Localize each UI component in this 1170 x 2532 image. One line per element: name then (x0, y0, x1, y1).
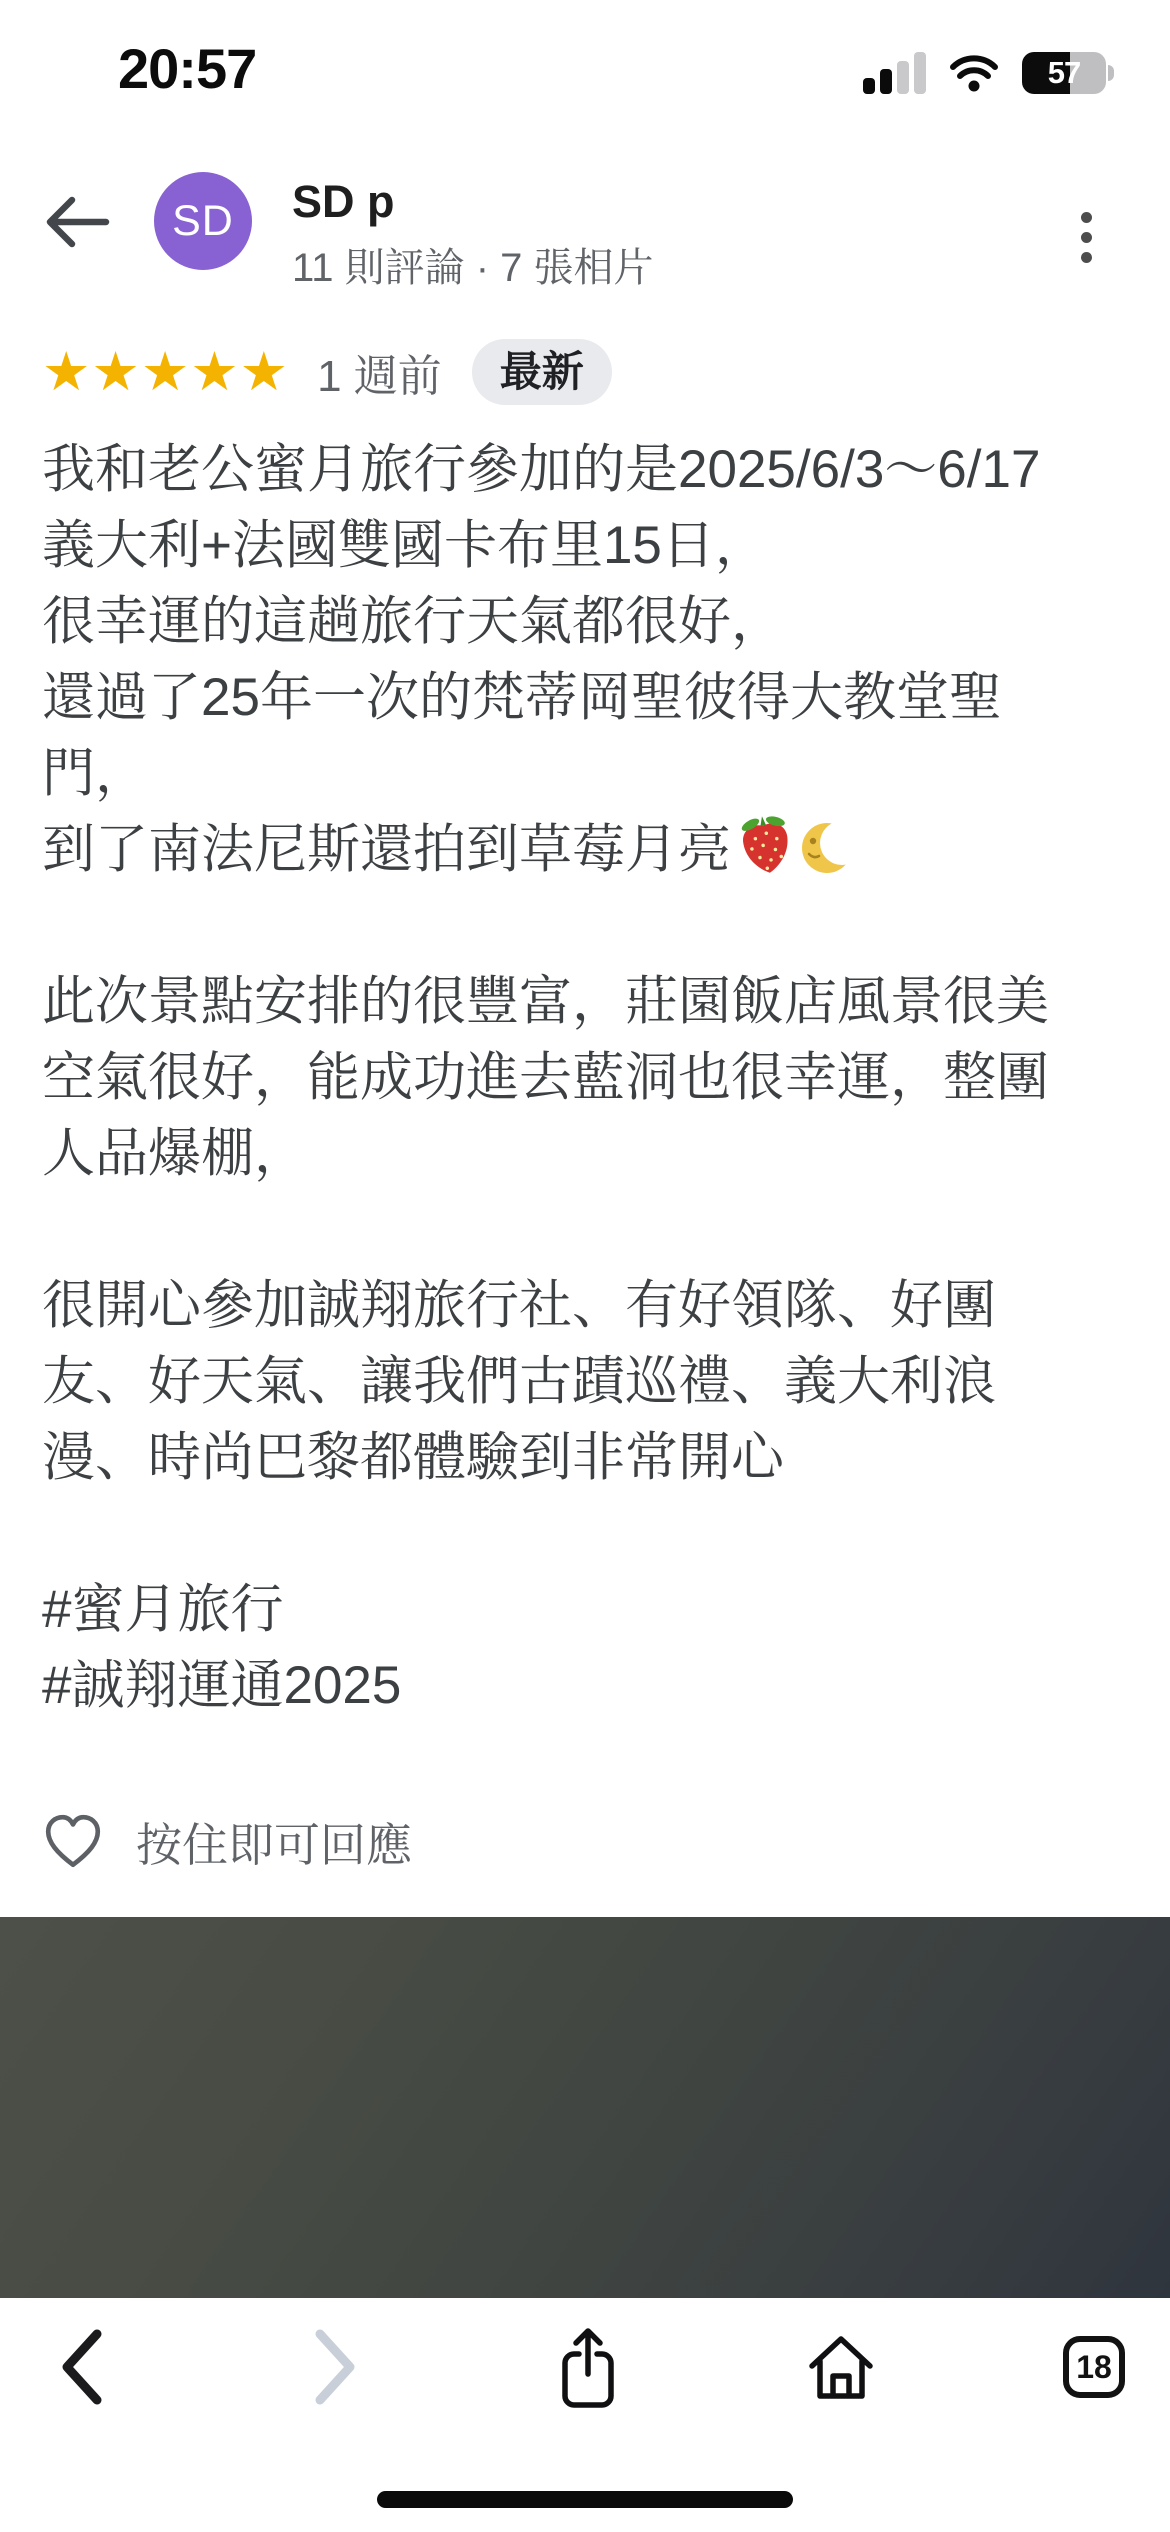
back-arrow-button[interactable] (42, 192, 114, 252)
avatar[interactable]: SD (154, 172, 252, 270)
review-line (42, 888, 1132, 964)
rating-row: ★★★★★ 1 週前 最新 (42, 334, 612, 410)
reviewer-name: SD p (292, 176, 395, 228)
home-indicator[interactable] (377, 2491, 793, 2508)
review-line: 很幸運的這趟旅行天氣都很好， (42, 584, 1132, 660)
review-line: 人品爆棚， (42, 1116, 1132, 1192)
review-line: #蜜月旅行 (42, 1572, 1132, 1648)
share-icon (557, 2326, 619, 2408)
tabs-button[interactable]: 18 (1034, 2322, 1154, 2412)
heart-icon[interactable] (42, 1813, 104, 1871)
reviewer-stats: 11 則評論 · 7 張相片 (292, 236, 654, 293)
review-line: 友、好天氣、讓我們古蹟巡禮、義大利浪 (42, 1344, 1132, 1420)
home-icon (806, 2330, 876, 2404)
review-photo[interactable] (0, 1917, 1170, 2298)
review-line: 我和老公蜜月旅行參加的是2025/6/3～6/17 (42, 432, 1132, 508)
review-line: 很開心參加誠翔旅行社、有好領隊、好團 (42, 1268, 1132, 1344)
review-line: #誠翔運通2025 (42, 1648, 1132, 1724)
review-line: 空氣很好，能成功進去藍洞也很幸運，整團 (42, 1040, 1132, 1116)
star-rating: ★★★★★ (42, 345, 289, 399)
review-line: 到了南法尼斯還拍到草莓月亮 (42, 812, 1132, 888)
review-line: 還過了25年一次的梵蒂岡聖彼得大教堂聖 (42, 660, 1132, 736)
review-line (42, 1496, 1132, 1572)
share-button[interactable] (528, 2322, 648, 2412)
wifi-icon (950, 54, 998, 92)
review-line: 門， (42, 736, 1132, 812)
home-button[interactable] (781, 2322, 901, 2412)
cellular-signal-icon (863, 52, 926, 94)
nav-back-button[interactable] (22, 2322, 142, 2412)
battery-icon: 57 (1022, 52, 1106, 94)
review-line: 漫、時尚巴黎都體驗到非常開心 (42, 1420, 1132, 1496)
strawberry-emoji (737, 814, 795, 897)
app-screen: 20:57 57 SD SD p 11 則評論 · 7 張相片 ★★★★★ 1 … (0, 0, 1170, 2532)
clock: 20:57 (118, 36, 256, 101)
review-body: 我和老公蜜月旅行參加的是2025/6/3～6/17義大利+法國雙國卡布里15日，… (42, 432, 1132, 1724)
status-bar: 20:57 57 (0, 0, 1170, 130)
status-icons: 57 (863, 52, 1106, 94)
first-quarter-moon-face-emoji (801, 820, 857, 897)
review-time: 1 週前 (317, 340, 442, 404)
nav-forward-button[interactable] (275, 2322, 395, 2412)
chevron-left-icon (59, 2328, 105, 2406)
review-line: 義大利+法國雙國卡布里15日， (42, 508, 1132, 584)
battery-nub (1108, 65, 1114, 81)
newest-badge: 最新 (472, 339, 612, 405)
kebab-menu-button[interactable] (1071, 202, 1102, 273)
chevron-right-icon (312, 2328, 358, 2406)
reaction-row[interactable]: 按住即可回應 (42, 1806, 412, 1878)
review-line (42, 1192, 1132, 1268)
reviewer-header: SD SD p 11 則評論 · 7 張相片 (0, 150, 1170, 295)
tab-count-badge: 18 (1063, 2336, 1125, 2398)
reaction-hint-label: 按住即可回應 (136, 1809, 412, 1875)
battery-percent-label: 57 (1048, 55, 1080, 91)
review-line: 此次景點安排的很豐富，莊園飯店風景很美 (42, 964, 1132, 1040)
